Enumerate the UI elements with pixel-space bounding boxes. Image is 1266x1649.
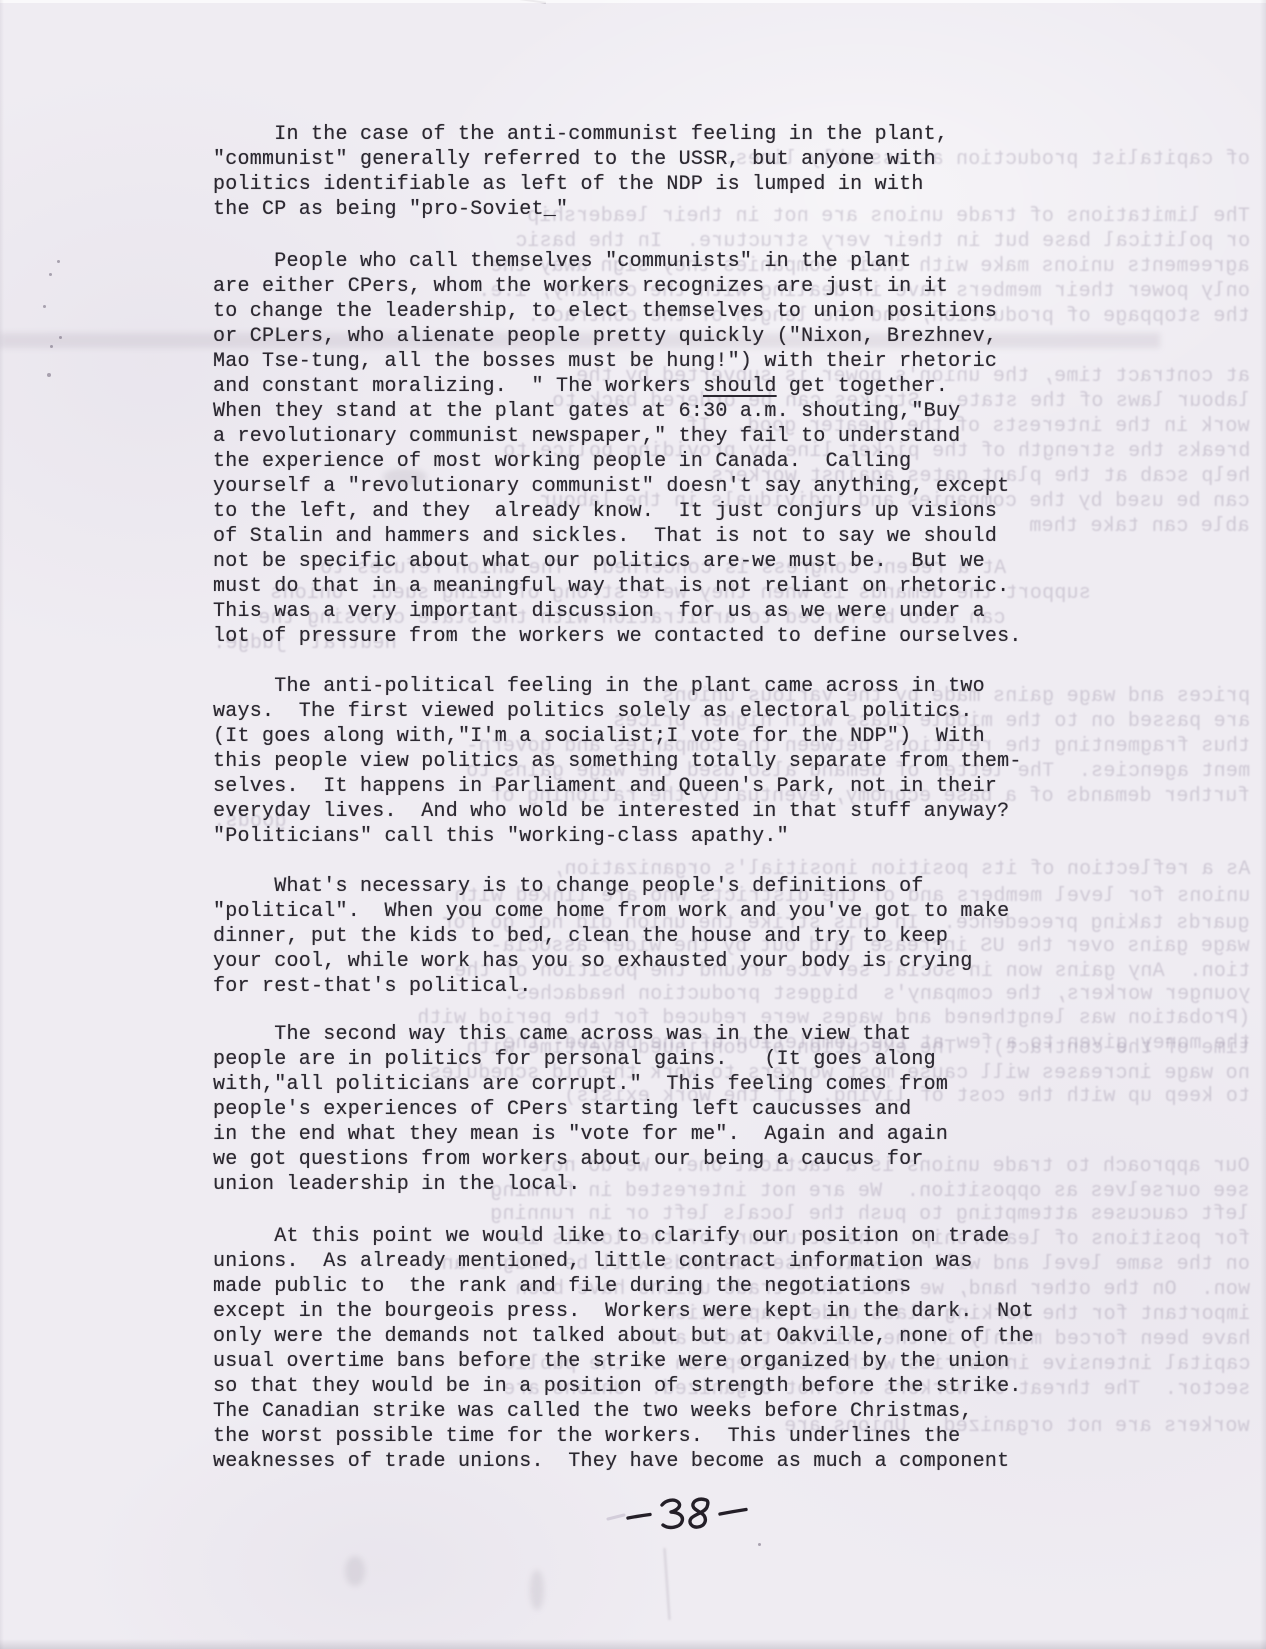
text-line: we got questions from workers about our … bbox=[213, 1147, 1113, 1172]
paragraph: The second way this came across was in t… bbox=[213, 1022, 1113, 1197]
paragraph: At this point we would like to clarify o… bbox=[213, 1224, 1113, 1474]
text-line: (It goes along with,"I'm a socialist;I v… bbox=[213, 724, 1113, 749]
text-line: must do that in a meaningful way that is… bbox=[213, 574, 1113, 599]
text-line: and constant moralizing. " The workers s… bbox=[213, 374, 1113, 399]
text-line: of Stalin and hammers and sickles. That … bbox=[213, 524, 1113, 549]
paragraph: In the case of the anti-communist feelin… bbox=[213, 122, 1113, 222]
text-line: so that they would be in a position of s… bbox=[213, 1374, 1113, 1399]
text-line: The second way this came across was in t… bbox=[213, 1022, 1113, 1047]
text-line: the CP as being "pro-Soviet_" bbox=[213, 197, 1113, 222]
text-line: usual overtime bans before the strike we… bbox=[213, 1349, 1113, 1374]
text-line: "communist" generally referred to the US… bbox=[213, 147, 1113, 172]
text-line: ways. The first viewed politics solely a… bbox=[213, 699, 1113, 724]
text-line: the worst possible time for the workers.… bbox=[213, 1424, 1113, 1449]
text-line: yourself a "revolutionary communist" doe… bbox=[213, 474, 1113, 499]
paper-speck bbox=[49, 273, 52, 276]
page-number: -38- bbox=[606, 1494, 758, 1540]
scanned-page: of capitalist production as assembly lin… bbox=[0, 0, 1266, 1649]
text-line: a revolutionary communist newspaper," th… bbox=[213, 424, 1113, 449]
text-line: people are in politics for personal gain… bbox=[213, 1047, 1113, 1072]
text-line: or CPLers, who alienate people pretty qu… bbox=[213, 324, 1113, 349]
text-line: lot of pressure from the workers we cont… bbox=[213, 624, 1113, 649]
text-line: except in the bourgeois press. Workers w… bbox=[213, 1299, 1113, 1324]
paper-speck bbox=[59, 336, 62, 339]
text-line: selves. It happens in Parliament and Que… bbox=[213, 774, 1113, 799]
paper-speck bbox=[758, 1543, 761, 1546]
text-line: What's necessary is to change people's d… bbox=[213, 874, 1113, 899]
text-line: the experience of most working people in… bbox=[213, 449, 1113, 474]
text-line: to change the leadership, to elect thems… bbox=[213, 299, 1113, 324]
text-line: "Politicians" call this "working-class a… bbox=[213, 824, 1113, 849]
paper-speck bbox=[57, 260, 60, 263]
scan-edge-top bbox=[0, 0, 1266, 3]
paragraph: The anti-political feeling in the plant … bbox=[213, 674, 1113, 849]
text-line: your cool, while work has you so exhaust… bbox=[213, 949, 1113, 974]
text-line: union leadership in the local. bbox=[213, 1172, 1113, 1197]
text-block: In the case of the anti-communist feelin… bbox=[0, 0, 1266, 1649]
page-number-handwriting bbox=[606, 1494, 758, 1540]
text-line: made public to the rank and file during … bbox=[213, 1274, 1113, 1299]
text-line: In the case of the anti-communist feelin… bbox=[213, 122, 1113, 147]
text-line: weaknesses of trade unions. They have be… bbox=[213, 1449, 1113, 1474]
text-line: politics identifiable as left of the NDP… bbox=[213, 172, 1113, 197]
paper-speck bbox=[47, 373, 51, 377]
paper-speck bbox=[43, 305, 46, 308]
scan-edge-left bbox=[0, 0, 4, 1649]
paper-smudge bbox=[383, 468, 427, 486]
scan-edge-right bbox=[1260, 0, 1266, 1649]
paper-smudge bbox=[345, 1556, 365, 1586]
text-line: dinner, put the kids to bed, clean the h… bbox=[213, 924, 1113, 949]
text-line: are either CPers, whom the workers recog… bbox=[213, 274, 1113, 299]
text-line: everyday lives. And who wold be interest… bbox=[213, 799, 1113, 824]
text-line: with,"all politicians are corrupt." This… bbox=[213, 1072, 1113, 1097]
paper-speck bbox=[50, 345, 53, 348]
paragraph: People who call themselves "communists" … bbox=[213, 249, 1113, 649]
paragraph: What's necessary is to change people's d… bbox=[213, 874, 1113, 999]
text-line: The Canadian strike was called the two w… bbox=[213, 1399, 1113, 1424]
text-line: in the end what they mean is "vote for m… bbox=[213, 1122, 1113, 1147]
paper-smudge bbox=[530, 1570, 544, 1610]
text-line: unions. As already mentioned, little con… bbox=[213, 1249, 1113, 1274]
text-line: for rest-that's political. bbox=[213, 974, 1113, 999]
text-line: people's experiences of CPers starting l… bbox=[213, 1097, 1113, 1122]
text-line: People who call themselves "communists" … bbox=[213, 249, 1113, 274]
scan-edge-bottom bbox=[0, 1639, 1266, 1649]
text-line: The anti-political feeling in the plant … bbox=[213, 674, 1113, 699]
text-line: Mao Tse-tung, all the bosses must be hun… bbox=[213, 349, 1113, 374]
text-line: to the left, and they already know. It j… bbox=[213, 499, 1113, 524]
text-line: this people view politics as something t… bbox=[213, 749, 1113, 774]
text-line: only were the demands not talked about b… bbox=[213, 1324, 1113, 1349]
text-line: not be specific about what our politics … bbox=[213, 549, 1113, 574]
text-line: "political". When you come home from wor… bbox=[213, 899, 1113, 924]
text-line: When they stand at the plant gates at 6:… bbox=[213, 399, 1113, 424]
text-line: This was a very important discussion for… bbox=[213, 599, 1113, 624]
text-line: At this point we would like to clarify o… bbox=[213, 1224, 1113, 1249]
